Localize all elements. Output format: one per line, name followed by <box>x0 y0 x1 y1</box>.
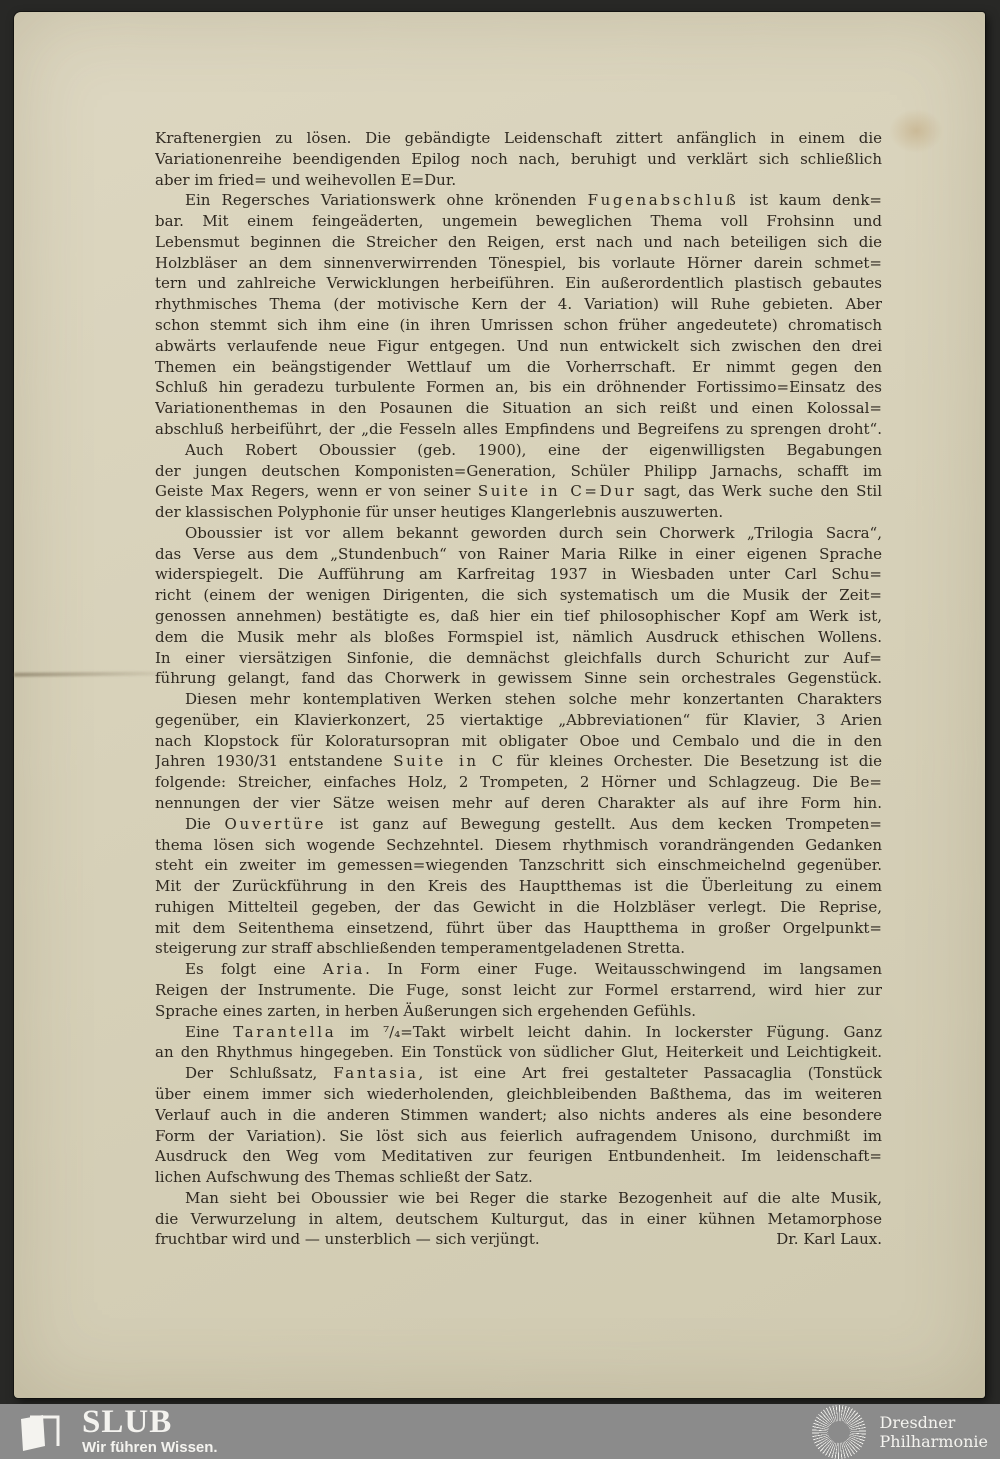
document-line: Jahren 1930/31 entstandene Suite in C fü… <box>155 751 882 772</box>
slub-wordmark: SLUB <box>82 1407 218 1437</box>
sunburst-icon <box>812 1405 866 1459</box>
document-line: Diesen mehr kontemplativen Werken stehen… <box>155 689 882 710</box>
document-line: Themen ein beängstigender Wettlauf um di… <box>155 357 882 378</box>
document-line: Geiste Max Regers, wenn er von seiner Su… <box>155 481 882 502</box>
document-line: das Verse aus dem „Stundenbuch“ von Rain… <box>155 544 882 565</box>
document-line: Mit der Zurückführung in den Kreis des H… <box>155 876 882 897</box>
document-line: Eine Tarantella im ⁷/₄=Takt wirbelt leic… <box>155 1022 882 1043</box>
document-line: Der Schlußsatz, Fantasia, ist eine Art f… <box>155 1063 882 1084</box>
paragraph: Ein Regersches Variationswerk ohne kröne… <box>155 190 882 439</box>
paragraph: Diesen mehr kontemplativen Werken stehen… <box>155 689 882 814</box>
document-line: richt (einem der wenigen Dirigenten, die… <box>155 585 882 606</box>
document-line: Man sieht bei Oboussier wie bei Reger di… <box>155 1188 882 1209</box>
document-line: Die Ouvertüre ist ganz auf Bewegung gest… <box>155 814 882 835</box>
document-line: Form der Variation). Sie löst sich aus f… <box>155 1126 882 1147</box>
document-line: widerspiegelt. Die Aufführung am Karfrei… <box>155 564 882 585</box>
document-line: gegenüber, ein Klavierkonzert, 25 vierta… <box>155 710 882 731</box>
document-line: abwärts verlaufende neue Figur entgegen.… <box>155 336 882 357</box>
document-line: abschluß herbeiführt, der „die Fesseln a… <box>155 419 882 440</box>
document-line: folgende: Streicher, einfaches Holz, 2 T… <box>155 772 882 793</box>
document-line: Auch Robert Oboussier (geb. 1900), eine … <box>155 440 882 461</box>
slub-logo: SLUB Wir führen Wissen. <box>16 1407 218 1457</box>
document-line: der klassischen Polyphonie für unser heu… <box>155 502 882 523</box>
document-line: Oboussier ist vor allem bekannt geworden… <box>155 523 882 544</box>
document-line: thema lösen sich wogende Sechzehntel. Di… <box>155 835 882 856</box>
document-line: Variationenthemas in den Posaunen die Si… <box>155 398 882 419</box>
scanned-page: Kraftenergien zu lösen. Die gebändigte L… <box>14 12 985 1398</box>
document-line: Reigen der Instrumente. Die Fuge, sonst … <box>155 980 882 1001</box>
document-line: Schluß hin geradezu turbulente Formen an… <box>155 377 882 398</box>
document-line: Ausdruck den Weg vom Meditativen zur feu… <box>155 1146 882 1167</box>
paragraph: Eine Tarantella im ⁷/₄=Takt wirbelt leic… <box>155 1022 882 1064</box>
document-line: Kraftenergien zu lösen. Die gebändigte L… <box>155 128 882 149</box>
paragraph: Die Ouvertüre ist ganz auf Bewegung gest… <box>155 814 882 959</box>
document-line: nach Klopstock für Koloratursopran mit o… <box>155 731 882 752</box>
partner-name-line2: Philharmonie <box>880 1432 989 1451</box>
document-line: an den Rhythmus hingegeben. Ein Tonstück… <box>155 1042 882 1063</box>
partner-name-line1: Dresdner <box>880 1413 989 1432</box>
document-line: genossen annehmen) bestätigte es, daß hi… <box>155 606 882 627</box>
paragraph: Kraftenergien zu lösen. Die gebändigte L… <box>155 128 882 190</box>
document-line: aber im fried= und weihevollen E=Dur. <box>155 170 882 191</box>
author-signature: Dr. Karl Laux. <box>776 1229 882 1250</box>
document-line: über einem immer sich wiederholenden, gl… <box>155 1084 882 1105</box>
paragraph: Auch Robert Oboussier (geb. 1900), eine … <box>155 440 882 523</box>
document-line: tern und zahlreiche Verwicklungen herbei… <box>155 273 882 294</box>
document-line: mit dem Seitenthema einsetzend, führt üb… <box>155 918 882 939</box>
document-line: Ein Regersches Variationswerk ohne kröne… <box>155 190 882 211</box>
document-line: Sprache eines zarten, in herben Äußerung… <box>155 1001 882 1022</box>
document-text: Kraftenergien zu lösen. Die gebändigte L… <box>155 128 882 1250</box>
paragraph: Oboussier ist vor allem bekannt geworden… <box>155 523 882 689</box>
document-line: steigerung zur straff abschließenden tem… <box>155 938 882 959</box>
open-book-icon <box>16 1410 62 1454</box>
paragraph: Der Schlußsatz, Fantasia, ist eine Art f… <box>155 1063 882 1188</box>
document-line: dem die Musik mehr als bloßes Formspiel … <box>155 627 882 648</box>
document-line: schon stemmt sich ihm eine (in ihren Umr… <box>155 315 882 336</box>
document-line: der jungen deutschen Komponisten=Generat… <box>155 461 882 482</box>
document-line: ruhigen Mittelteil gegeben, der das Gewi… <box>155 897 882 918</box>
document-line: nennungen der vier Sätze weisen mehr auf… <box>155 793 882 814</box>
document-line: steht ein zweiter im gemessen=wiegenden … <box>155 855 882 876</box>
document-line: fruchtbar wird und — unsterblich — sich … <box>155 1229 882 1250</box>
document-line: rhythmisches Thema (der motivische Kern … <box>155 294 882 315</box>
footer-bar: SLUB Wir führen Wissen. Dresdner Philhar… <box>0 1404 1000 1459</box>
document-line: lichen Aufschwung des Themas schließt de… <box>155 1167 882 1188</box>
document-line: führung gelangt, fand das Chorwerk in ge… <box>155 668 882 689</box>
paragraph: Man sieht bei Oboussier wie bei Reger di… <box>155 1188 882 1250</box>
paragraph: Es folgt eine Aria. In Form einer Fuge. … <box>155 959 882 1021</box>
document-line: die Verwurzelung in altem, deutschem Kul… <box>155 1209 882 1230</box>
document-line: bar. Mit einem feingeäderten, ungemein b… <box>155 211 882 232</box>
dresdner-philharmonie-logo: Dresdner Philharmonie <box>812 1405 989 1459</box>
slub-tagline: Wir führen Wissen. <box>82 1439 218 1457</box>
document-line: Es folgt eine Aria. In Form einer Fuge. … <box>155 959 882 980</box>
document-line: Verlauf auch in die anderen Stimmen wand… <box>155 1105 882 1126</box>
document-line: Holzbläser an dem sinnenverwirrenden Tön… <box>155 253 882 274</box>
document-line: In einer viersätzigen Sinfonie, die demn… <box>155 648 882 669</box>
document-line: Lebensmut beginnen die Streicher den Rei… <box>155 232 882 253</box>
document-line: Variationenreihe beendigenden Epilog noc… <box>155 149 882 170</box>
paper-stain <box>888 108 944 154</box>
